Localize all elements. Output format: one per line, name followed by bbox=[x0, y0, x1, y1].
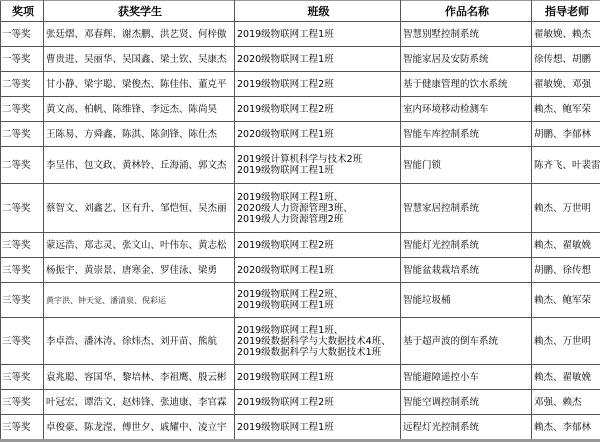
class-cell: 2019级物联网工程1班、2020级人力资源管理3班、2019级人力资源管理2班 bbox=[235, 184, 401, 233]
students-cell: 王陈易、方舜鑫、陈淇、陈剑锋、陈仕杰 bbox=[44, 122, 235, 147]
teachers-cell: 赖杰、翟敏娩 bbox=[532, 233, 600, 258]
table-row: 一等奖 张廷熠、邓春辉、谢杰鹏、洪艺贤、何梓傲 2019级物联网工程1班 智慧别… bbox=[1, 22, 600, 47]
class-cell: 2019级物联网工程2班 bbox=[235, 97, 401, 122]
students-cell: 黄宇洪、钟天觉、潘清泉、倪彩运 bbox=[44, 283, 235, 318]
award-cell: 二等奖 bbox=[1, 147, 44, 184]
award-cell: 一等奖 bbox=[1, 22, 44, 47]
teachers-cell: 徐传想、胡鹏 bbox=[532, 47, 600, 72]
table-row: 三等奖 蒙远浩、郑志灵、张文山、叶伟东、黄志松 2019级物联网工程2班 智能灯… bbox=[1, 233, 600, 258]
teachers-cell: 翟敏娩、邓强 bbox=[532, 72, 600, 97]
table-row: 二等奖 黄文高、柏帆、陈维锋、李远杰、陈尚昊 2019级物联网工程2班 室内环境… bbox=[1, 97, 600, 122]
table-row: 三等奖 袁兆聪、容国华、黎培林、李祖鹰、殷云彬 2019级物联网工程1班 智能避… bbox=[1, 365, 600, 390]
table-row: 二等奖 王陈易、方舜鑫、陈淇、陈剑锋、陈仕杰 2020级物联网工程1班 智能车库… bbox=[1, 122, 600, 147]
work-cell: 智慧家居控制系统 bbox=[401, 184, 532, 233]
table-row: 一等奖 曹贵进、吴丽华、吴国鑫、梁土钦、吴康杰 2020级物联网工程1班 智能家… bbox=[1, 47, 600, 72]
table-row: 二等奖 蔡智文、刘鑫艺、区有升、邹恺恒、吴杰丽 2019级物联网工程1班、202… bbox=[1, 184, 600, 233]
class-cell: 2020级物联网工程1班 bbox=[235, 47, 401, 72]
table-row: 二等奖 甘小静、梁宇聪、梁俊杰、陈佳伟、董克平 2019级物联网工程2班 基于健… bbox=[1, 72, 600, 97]
work-cell: 智能盆栽栽培系统 bbox=[401, 258, 532, 283]
table-row: 三等奖 李卓浩、潘沐涛、徐炜杰、刘开苗、熊航 2019级物联网工程1班、2019… bbox=[1, 318, 600, 365]
award-cell: 二等奖 bbox=[1, 72, 44, 97]
students-cell: 杨振宇、黄崇景、唐寒金、罗佳泳、梁勇 bbox=[44, 258, 235, 283]
students-cell: 黄文高、柏帆、陈维锋、李远杰、陈尚昊 bbox=[44, 97, 235, 122]
header-teachers: 指导老师 bbox=[532, 1, 600, 22]
award-cell: 三等奖 bbox=[1, 318, 44, 365]
teachers-cell: 胡鹏、徐传想 bbox=[532, 258, 600, 283]
work-cell: 智能门锁 bbox=[401, 147, 532, 184]
award-cell: 三等奖 bbox=[1, 258, 44, 283]
table-row: 三等奖 叶冠宏、谭浩文、赵炜锋、张迪康、李官霖 2019级物联网工程2班 智能空… bbox=[1, 390, 600, 400]
work-cell: 智能灯光控制系统 bbox=[401, 233, 532, 258]
award-cell: 二等奖 bbox=[1, 184, 44, 233]
class-cell: 2019级物联网工程2班 bbox=[235, 390, 401, 400]
award-cell: 一等奖 bbox=[1, 47, 44, 72]
work-cell: 基于超声波的倒车系统 bbox=[401, 318, 532, 365]
teachers-cell: 赖杰、万世明 bbox=[532, 184, 600, 233]
award-cell: 三等奖 bbox=[1, 233, 44, 258]
students-cell: 叶冠宏、谭浩文、赵炜锋、张迪康、李官霖 bbox=[44, 390, 235, 400]
teachers-cell: 胡鹏、李郁林 bbox=[532, 122, 600, 147]
header-row: 奖项 获奖学生 班级 作品名称 指导老师 bbox=[1, 1, 600, 22]
class-cell: 2020级物联网工程1班 bbox=[235, 122, 401, 147]
students-cell: 李呈伟、包文政、黄林铃、丘海涌、郭文杰 bbox=[44, 147, 235, 184]
work-cell: 智能空调控制系统 bbox=[401, 390, 532, 400]
students-cell: 曹贵进、吴丽华、吴国鑫、梁土钦、吴康杰 bbox=[44, 47, 235, 72]
class-cell: 2020级物联网工程1班 bbox=[235, 258, 401, 283]
students-cell: 蒙远浩、郑志灵、张文山、叶伟东、黄志松 bbox=[44, 233, 235, 258]
table-row: 三等奖 杨振宇、黄崇景、唐寒金、罗佳泳、梁勇 2020级物联网工程1班 智能盆栽… bbox=[1, 258, 600, 283]
work-cell: 智能垃圾桶 bbox=[401, 283, 532, 318]
work-cell: 基于健康管理的饮水系统 bbox=[401, 72, 532, 97]
teachers-cell: 陈齐飞、叶裴雷 bbox=[532, 147, 600, 184]
work-cell: 智能避障遥控小车 bbox=[401, 365, 532, 390]
work-cell: 智能车库控制系统 bbox=[401, 122, 532, 147]
award-cell: 二等奖 bbox=[1, 97, 44, 122]
students-cell: 袁兆聪、容国华、黎培林、李祖鹰、殷云彬 bbox=[44, 365, 235, 390]
work-cell: 室内环境移动检测车 bbox=[401, 97, 532, 122]
teachers-cell: 赖杰、鲍军荣 bbox=[532, 97, 600, 122]
header-award: 奖项 bbox=[1, 1, 44, 22]
class-cell: 2019级物联网工程2班 bbox=[235, 72, 401, 97]
header-students: 获奖学生 bbox=[44, 1, 235, 22]
award-cell: 三等奖 bbox=[1, 283, 44, 318]
teachers-cell: 翟敏娩、赖杰 bbox=[532, 22, 600, 47]
class-cell: 2019级物联网工程2班、2019级物联网工程1班 bbox=[235, 283, 401, 318]
work-cell: 智慧别墅控制系统 bbox=[401, 22, 532, 47]
teachers-cell: 赖杰、鲍军荣 bbox=[532, 283, 600, 318]
award-cell: 二等奖 bbox=[1, 122, 44, 147]
teachers-cell: 邓强、赖杰 bbox=[532, 390, 600, 400]
teachers-cell: 赖杰、万世明 bbox=[532, 318, 600, 365]
class-cell: 2019级计算机科学与技术2班2019级物联网工程1班 bbox=[235, 147, 401, 184]
students-cell: 蔡智文、刘鑫艺、区有升、邹恺恒、吴杰丽 bbox=[44, 184, 235, 233]
students-cell: 甘小静、梁宇聪、梁俊杰、陈佳伟、董克平 bbox=[44, 72, 235, 97]
class-cell: 2019级物联网工程1班 bbox=[235, 365, 401, 390]
students-cell: 李卓浩、潘沐涛、徐炜杰、刘开苗、熊航 bbox=[44, 318, 235, 365]
award-cell: 三等奖 bbox=[1, 365, 44, 390]
students-cell: 张廷熠、邓春辉、谢杰鹏、洪艺贤、何梓傲 bbox=[44, 22, 235, 47]
awards-table: 奖项 获奖学生 班级 作品名称 指导老师 一等奖 张廷熠、邓春辉、谢杰鹏、洪艺贤… bbox=[0, 0, 600, 399]
class-cell: 2019级物联网工程1班 bbox=[235, 22, 401, 47]
table-row: 三等奖 黄宇洪、钟天觉、潘清泉、倪彩运 2019级物联网工程2班、2019级物联… bbox=[1, 283, 600, 318]
header-class: 班级 bbox=[235, 1, 401, 22]
award-cell: 三等奖 bbox=[1, 390, 44, 400]
teachers-cell: 赖杰、翟敏娩 bbox=[532, 365, 600, 390]
table-row: 二等奖 李呈伟、包文政、黄林铃、丘海涌、郭文杰 2019级计算机科学与技术2班2… bbox=[1, 147, 600, 184]
work-cell: 智能家居及安防系统 bbox=[401, 47, 532, 72]
class-cell: 2019级物联网工程1班、2019级数据科学与大数据技术4班、2019级数据科学… bbox=[235, 318, 401, 365]
header-work: 作品名称 bbox=[401, 1, 532, 22]
class-cell: 2019级物联网工程2班 bbox=[235, 233, 401, 258]
